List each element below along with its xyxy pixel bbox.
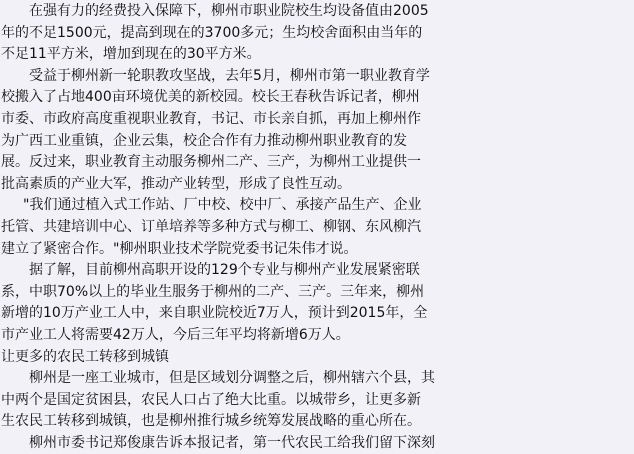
text-line: 托管、共建培训中心、订单培养等多种方式与柳工、柳钢、东风柳汽	[1, 217, 631, 239]
text-line: 柳州是一座工业城市，但是区域划分调整之后，柳州辖六个县，其	[1, 368, 631, 390]
text-line: 展。反过来，职业教育主动服务柳州二产、三产，为柳州工业提供一	[1, 152, 631, 174]
text-line: 在强有力的经费投入保障下，柳州市职业院校生均设备值由2005	[1, 1, 631, 23]
paragraph-statistics: 据了解，目前柳州高职开设的129个专业与柳州产业发展紧密联 系，中职70%以上的…	[1, 260, 631, 346]
text-line: 系，中职70%以上的毕业生服务于柳州的二产、三产。三年来，柳州	[1, 282, 631, 304]
text-line: 不足11平方米，增加到现在的30平方米。	[1, 44, 631, 66]
subheading-text: 让更多的农民工转移到城镇	[1, 347, 631, 369]
paragraph-quote: "我们通过植入式工作站、厂中校、校中厂、承接产品生产、企业 托管、共建培训中心、…	[1, 195, 631, 260]
text-line: 新增的10万产业工人中，来自职业院校近7万人，预计到2015年，全	[1, 303, 631, 325]
text-line: 批高素质的产业大军，推动产业转型，形成了良性互动。	[1, 174, 631, 196]
text-line: 校搬入了占地400亩环境优美的新校园。校长王春秋告诉记者，柳州	[1, 87, 631, 109]
section-subheading: 让更多的农民工转移到城镇	[1, 347, 631, 369]
text-line: 受益于柳州新一轮职教攻坚战，去年5月，柳州市第一职业教育学	[1, 66, 631, 88]
text-line: 据了解，目前柳州高职开设的129个专业与柳州产业发展紧密联	[1, 260, 631, 282]
text-line: 中两个是国定贫困县，农民人口占了绝大比重。以城带乡，让更多新	[1, 390, 631, 412]
paragraph-funding: 在强有力的经费投入保障下，柳州市职业院校生均设备值由2005 年的不足1500元…	[1, 1, 631, 66]
text-line: 年的不足1500元，提高到现在的3700多元；生均校舍面积由当年的	[1, 23, 631, 45]
text-line: 建立了紧密合作。"柳州职业技术学院党委书记朱伟才说。	[1, 239, 631, 261]
article-body: 在强有力的经费投入保障下，柳州市职业院校生均设备值由2005 年的不足1500元…	[1, 1, 631, 428]
text-line: 生农民工转移到城镇，也是柳州推行城乡统筹发展战略的重心所在。	[1, 411, 631, 428]
text-line: 市产业工人将需要42万人，今后三年平均将新增6万人。	[1, 325, 631, 347]
paragraph-urbanization: 柳州是一座工业城市，但是区域划分调整之后，柳州辖六个县，其 中两个是国定贫困县，…	[1, 368, 631, 428]
text-line: 市委、市政府高度重视职业教育，书记、市长亲自抓，再加上柳州作	[1, 109, 631, 131]
text-line: "我们通过植入式工作站、厂中校、校中厂、承接产品生产、企业	[1, 195, 631, 217]
text-line: 为广西工业重镇，企业云集，校企合作有力推动柳州职业教育的发	[1, 131, 631, 153]
paragraph-new-campus: 受益于柳州新一轮职教攻坚战，去年5月，柳州市第一职业教育学 校搬入了占地400亩…	[1, 66, 631, 196]
